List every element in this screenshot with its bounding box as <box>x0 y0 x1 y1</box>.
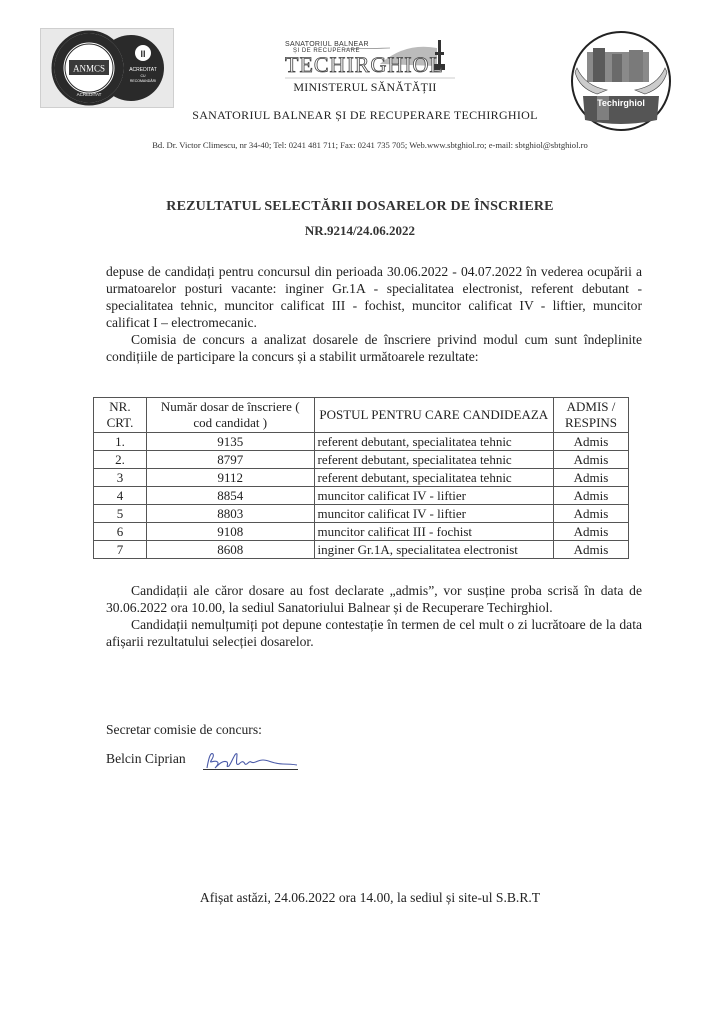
cell-status: Admis <box>554 487 629 505</box>
svg-text:Techirghiol: Techirghiol <box>597 98 645 108</box>
cell-status: Admis <box>554 505 629 523</box>
table-row: 39112referent debutant, specialitatea te… <box>94 469 629 487</box>
logo-line1: SANATORIUL BALNEAR <box>285 41 369 48</box>
svg-text:II: II <box>140 49 145 59</box>
header-nr: NR. CRT. <box>94 398 147 433</box>
table-row: 48854muncitor calificat IV - liftierAdmi… <box>94 487 629 505</box>
cell-dosar: 8797 <box>146 451 314 469</box>
header-post: POSTUL PENTRU CARE CANDIDEAZA <box>314 398 554 433</box>
cell-dosar: 9135 <box>146 433 314 451</box>
cell-post: muncitor calificat IV - liftier <box>314 487 554 505</box>
cell-dosar: 8854 <box>146 487 314 505</box>
cell-post: muncitor calificat IV - liftier <box>314 505 554 523</box>
logo-name: TECHIRGHIOL <box>285 52 444 78</box>
svg-text:RECOMANDĂRI: RECOMANDĂRI <box>130 79 156 83</box>
header-status: ADMIS / RESPINS <box>554 398 629 433</box>
cell-nr: 4 <box>94 487 147 505</box>
document-number: NR.9214/24.06.2022 <box>100 223 620 239</box>
table-row: 2.8797referent debutant, specialitatea t… <box>94 451 629 469</box>
cell-nr: 2. <box>94 451 147 469</box>
cell-nr: 6 <box>94 523 147 541</box>
cell-nr: 1. <box>94 433 147 451</box>
svg-text:ACREDITAT: ACREDITAT <box>129 67 157 73</box>
table-row: 69108muncitor calificat III - fochistAdm… <box>94 523 629 541</box>
cell-nr: 5 <box>94 505 147 523</box>
signature <box>203 748 303 777</box>
cell-dosar: 9112 <box>146 469 314 487</box>
header-dosar: Număr dosar de înscriere ( cod candidat … <box>146 398 314 433</box>
commission-paragraph: Comisia de concurs a analizat dosarele d… <box>106 331 642 365</box>
results-table: NR. CRT. Număr dosar de înscriere ( cod … <box>93 397 629 559</box>
cell-status: Admis <box>554 433 629 451</box>
table-header-row: NR. CRT. Număr dosar de înscriere ( cod … <box>94 398 629 433</box>
table-row: 58803muncitor calificat IV - liftierAdmi… <box>94 505 629 523</box>
institution-name: SANATORIUL BALNEAR ȘI DE RECUPERARE TECH… <box>185 108 545 123</box>
intro-paragraph: depuse de candidați pentru concursul din… <box>106 263 642 331</box>
cell-status: Admis <box>554 541 629 559</box>
cell-dosar: 8803 <box>146 505 314 523</box>
ministry-name: MINISTERUL SĂNĂTĂȚII <box>285 80 445 95</box>
cell-dosar: 8608 <box>146 541 314 559</box>
table-row: 1.9135referent debutant, specialitatea t… <box>94 433 629 451</box>
candidates-note: Candidații ale căror dosare au fost decl… <box>106 582 642 616</box>
cell-status: Admis <box>554 469 629 487</box>
cell-post: referent debutant, specialitatea tehnic <box>314 451 554 469</box>
cell-status: Admis <box>554 523 629 541</box>
table-body: 1.9135referent debutant, specialitatea t… <box>94 433 629 559</box>
secretary-label: Secretar comisie de concurs: <box>106 722 262 738</box>
cell-post: referent debutant, specialitatea tehnic <box>314 433 554 451</box>
svg-text:CU: CU <box>140 74 146 78</box>
cell-nr: 3 <box>94 469 147 487</box>
cell-post: muncitor calificat III - fochist <box>314 523 554 541</box>
posted-note: Afișat astăzi, 24.06.2022 ora 14.00, la … <box>100 890 640 906</box>
cell-post: referent debutant, specialitatea tehnic <box>314 469 554 487</box>
document-title: REZULTATUL SELECTĂRII DOSARELOR DE ÎNSCR… <box>100 199 620 215</box>
cell-nr: 7 <box>94 541 147 559</box>
techirghiol-round-logo: Techirghiol <box>557 30 685 132</box>
cell-dosar: 9108 <box>146 523 314 541</box>
secretary-name: Belcin Ciprian <box>106 751 186 767</box>
table-row: 78608inginer Gr.1A, specialitatea electr… <box>94 541 629 559</box>
svg-text:ACREDITAT: ACREDITAT <box>77 92 102 97</box>
cell-post: inginer Gr.1A, specialitatea electronist <box>314 541 554 559</box>
contest-note: Candidații nemulțumiți pot depune contes… <box>106 616 642 650</box>
contact-info: Bd. Dr. Victor Climescu, nr 34-40; Tel: … <box>90 140 650 150</box>
svg-text:ANMCS: ANMCS <box>73 64 105 74</box>
techirghiol-sanatorium-logo: SANATORIUL BALNEAR ȘI DE RECUPERARE TECH… <box>285 38 460 80</box>
cell-status: Admis <box>554 451 629 469</box>
anmcs-accreditation-logo: ANMCS ACREDITAT II ACREDITAT CU RECOMAND… <box>40 28 174 108</box>
